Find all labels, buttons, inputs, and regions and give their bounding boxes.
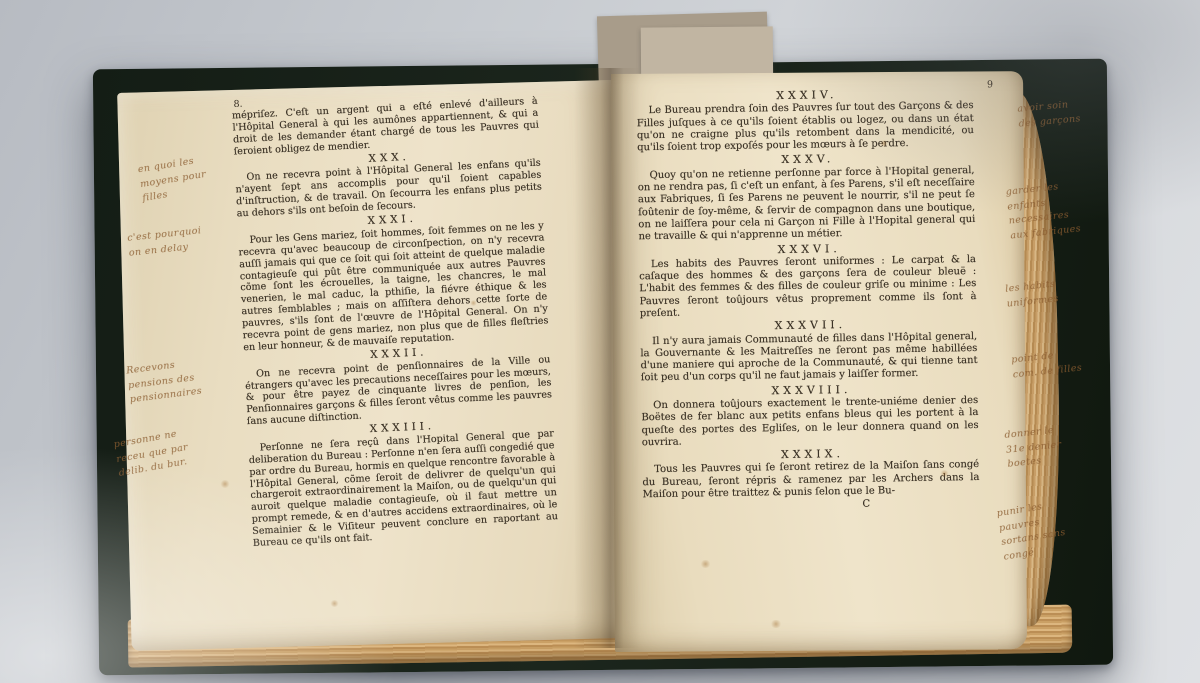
page-number-left: 8. <box>233 99 242 110</box>
photo-of-open-book: 8. mépriſez. C'eſt un argent qui a eſté … <box>0 0 1200 683</box>
section-paragraph-xxxi: Pour les Gens mariez, ſoit hommes, ſoit … <box>238 220 549 354</box>
section-paragraph-xxxvii: Il n'y aura jamais Communauté de filles … <box>640 330 978 384</box>
page-number-right: 9 <box>987 79 993 90</box>
margin-note: punir les pauvres sortans sans congé <box>996 497 1069 565</box>
margin-note: avoir soin des garçons <box>1017 97 1082 132</box>
section-paragraph-xxxix: Tous les Pauvres qui ſe ſeront retirez d… <box>642 459 980 501</box>
margin-note: garder les enfants necessaires aux fabri… <box>1005 178 1082 244</box>
section-paragraph-xxxv: Quoy qu'on ne retienne perſonne par forc… <box>638 165 976 244</box>
section-paragraph-xxxiii: Perſonne ne ſera reçû dans l'Hopital Gen… <box>248 428 559 550</box>
right-page: 9 XXXIV. Le Bureau prendra ſoin des Pauv… <box>611 71 1027 652</box>
section-paragraph-xxxiv: Le Bureau prendra ſoin des Pauvres ſur t… <box>637 100 975 154</box>
section-paragraph-xxxviii: On donnera toûjours exactement le trente… <box>641 395 979 449</box>
margin-note: Recevons pensions des pensionnaires <box>126 356 203 409</box>
margin-note: donner le 31e denier boetes <box>1004 423 1064 473</box>
section-paragraph-xxxvi: Les habits des Pauvres ſeront uniformes … <box>639 254 977 321</box>
right-page-text-column: XXXIV. Le Bureau prendra ſoin des Pauvre… <box>636 85 980 515</box>
left-page-text-column: mépriſez. C'eſt un argent qui a eſté enl… <box>232 96 559 550</box>
margin-note: les habits uniformes <box>1005 277 1060 312</box>
